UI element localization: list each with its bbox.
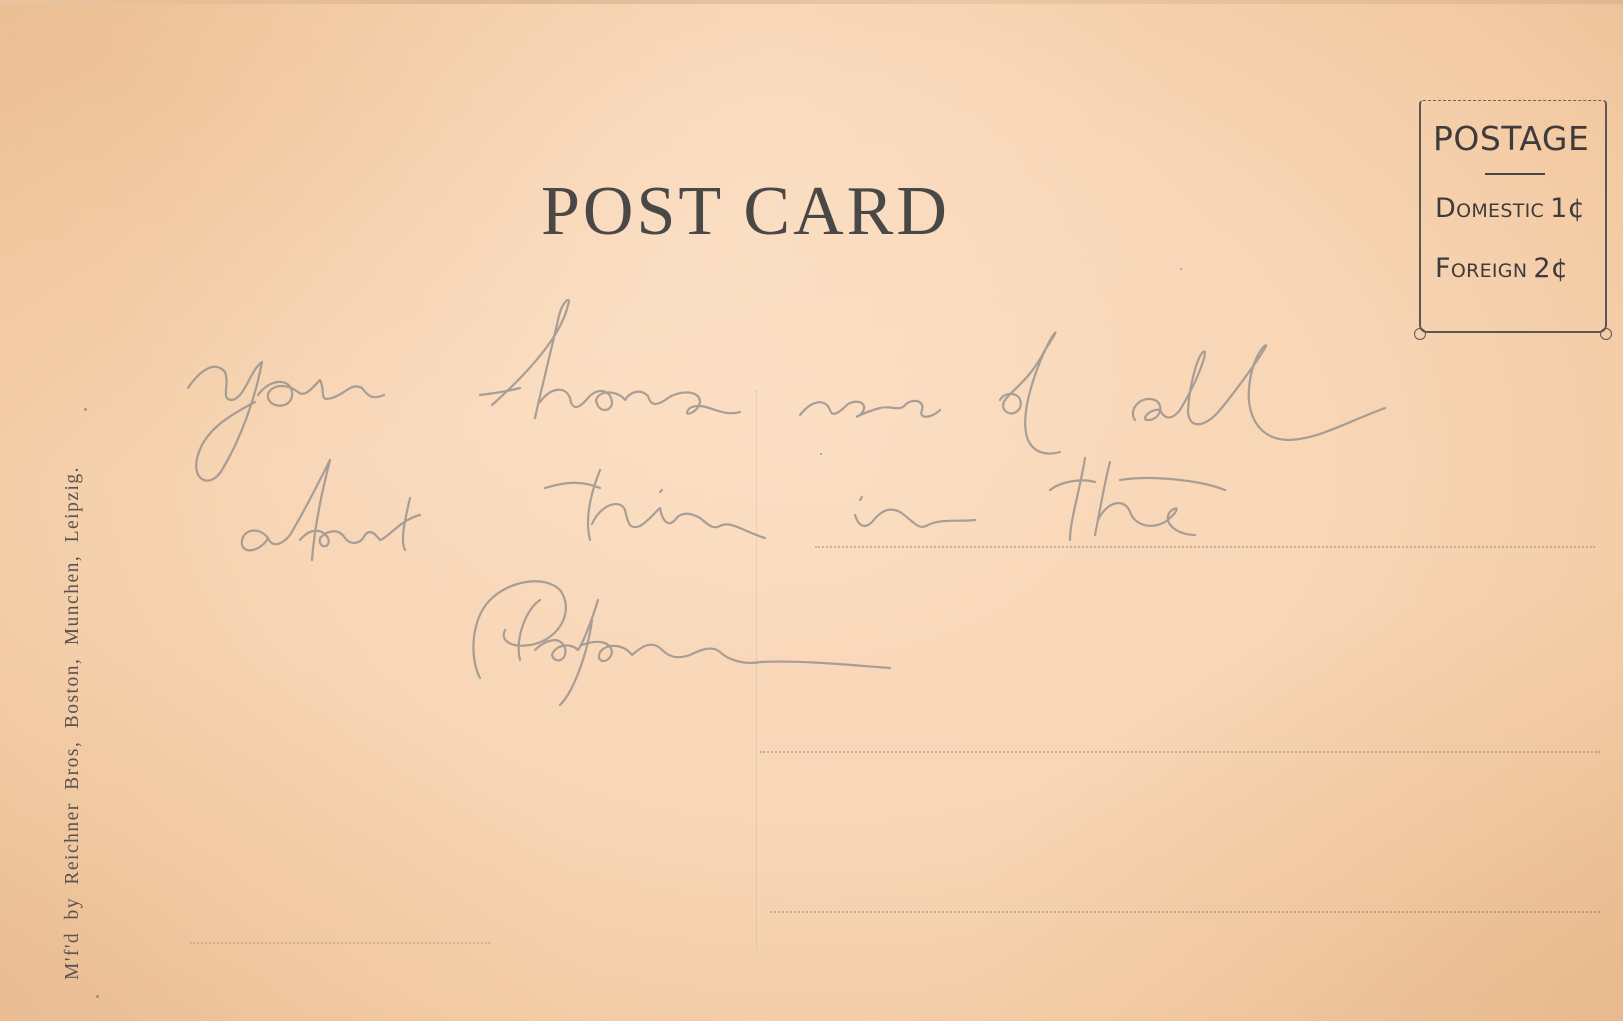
paper-speck [820,453,822,455]
paper-speck [1180,268,1182,270]
paper-speck [84,408,87,411]
handwritten-pencil-message [0,0,1623,1021]
stamp-rate-price: 2¢ [1533,253,1568,284]
worn-top-edge [0,0,1623,4]
stamp-corner-curl-icon [1600,328,1612,340]
postage-stamp-box: POSTAGE Domestic1¢ Foreign2¢ [1419,100,1607,333]
stamp-rate-label: Domestic [1435,193,1544,224]
postcard-back: POST CARD M'f'd by Reichner Bros, Boston… [0,0,1623,1021]
stamp-corner-curl-icon [1414,328,1426,340]
stamp-box-title: POSTAGE [1433,119,1589,158]
manufacturer-imprint: M'f'd by Reichner Bros, Boston, Munchen,… [62,466,84,980]
address-line-2 [760,751,1600,753]
center-divider [756,390,757,950]
stamp-rate-price: 1¢ [1550,193,1585,224]
address-line-3 [770,911,1600,913]
postcard-title: POST CARD [541,172,950,252]
stamp-box-rule [1485,173,1545,175]
paper-speck [96,995,99,998]
stamp-rate-foreign: Foreign2¢ [1435,253,1568,284]
stamp-rate-label: Foreign [1435,253,1527,284]
address-line-1 [815,546,1595,548]
faded-printed-line [190,942,490,944]
stamp-rate-domestic: Domestic1¢ [1435,193,1585,224]
